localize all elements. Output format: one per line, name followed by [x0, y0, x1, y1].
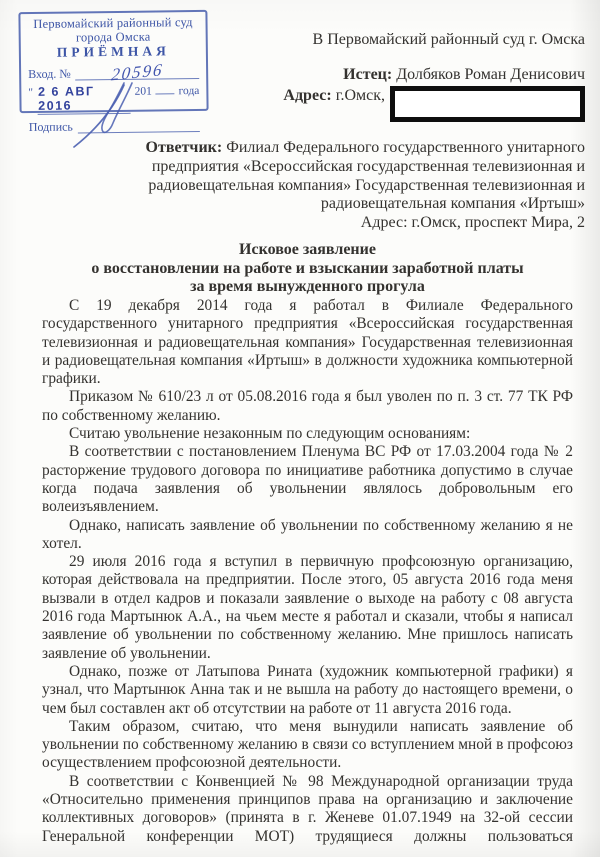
- body-paragraph: Таким образом, считаю, что меня вынудили…: [42, 718, 573, 773]
- document-body: С 19 декабря 2014 года я работал в Филиа…: [42, 297, 573, 846]
- body-paragraph: Приказом № 610/23 л от 05.08.2016 года я…: [42, 388, 573, 425]
- body-paragraph: Считаю увольнение незаконным по следующи…: [42, 425, 573, 443]
- document-header: В Первомайский районный суд г. Омска Ист…: [0, 30, 585, 122]
- title-line-2: о восстановлении на работе и взыскании з…: [42, 260, 573, 279]
- plaintiff-address-text: Адрес: г.Омск,: [283, 86, 385, 105]
- body-paragraph: 29 июля 2016 года я вступил в первичную …: [42, 553, 573, 663]
- body-paragraph: В соответствии с постановлением Пленума …: [42, 443, 573, 516]
- plaintiff-address-value: г.Омск,: [336, 87, 385, 104]
- defendant-label: Ответчик:: [146, 139, 223, 156]
- plaintiff-label: Истец:: [343, 66, 392, 83]
- defendant-block: Ответчик: Филиал Федерального государств…: [56, 139, 585, 233]
- scanned-claim-document: Первомайский районный суд города Омска П…: [0, 0, 600, 857]
- addressee-court-line: В Первомайский районный суд г. Омска: [0, 30, 585, 49]
- body-paragraph: С 19 декабря 2014 года я работал в Филиа…: [42, 297, 573, 388]
- redacted-address-box: [390, 86, 585, 122]
- body-paragraph: В соответствии с Конвенцией № 98 Междуна…: [42, 773, 573, 846]
- body-paragraph: Однако, написать заявление об увольнении…: [42, 517, 573, 554]
- document-title: Исковое заявление о восстановлении на ра…: [42, 241, 573, 297]
- plaintiff-address-line: Адрес: г.Омск,: [0, 86, 585, 122]
- plaintiff-line: Истец: Долбяков Роман Денисович: [0, 65, 585, 84]
- stamp-court-name: Первомайский районный суд: [27, 15, 198, 31]
- plaintiff-name: Долбяков Роман Денисович: [396, 66, 585, 83]
- title-line-1: Исковое заявление: [42, 241, 573, 260]
- title-line-3: за время вынужденного прогула: [42, 278, 573, 297]
- defendant-line: Ответчик: Филиал Федерального государств…: [56, 139, 585, 214]
- defendant-address-line: Адрес: г.Омск, проспект Мира, 2: [56, 214, 585, 233]
- plaintiff-address-label: Адрес:: [283, 87, 331, 104]
- body-paragraph: Однако, позже от Латыпова Рината (художн…: [42, 663, 573, 718]
